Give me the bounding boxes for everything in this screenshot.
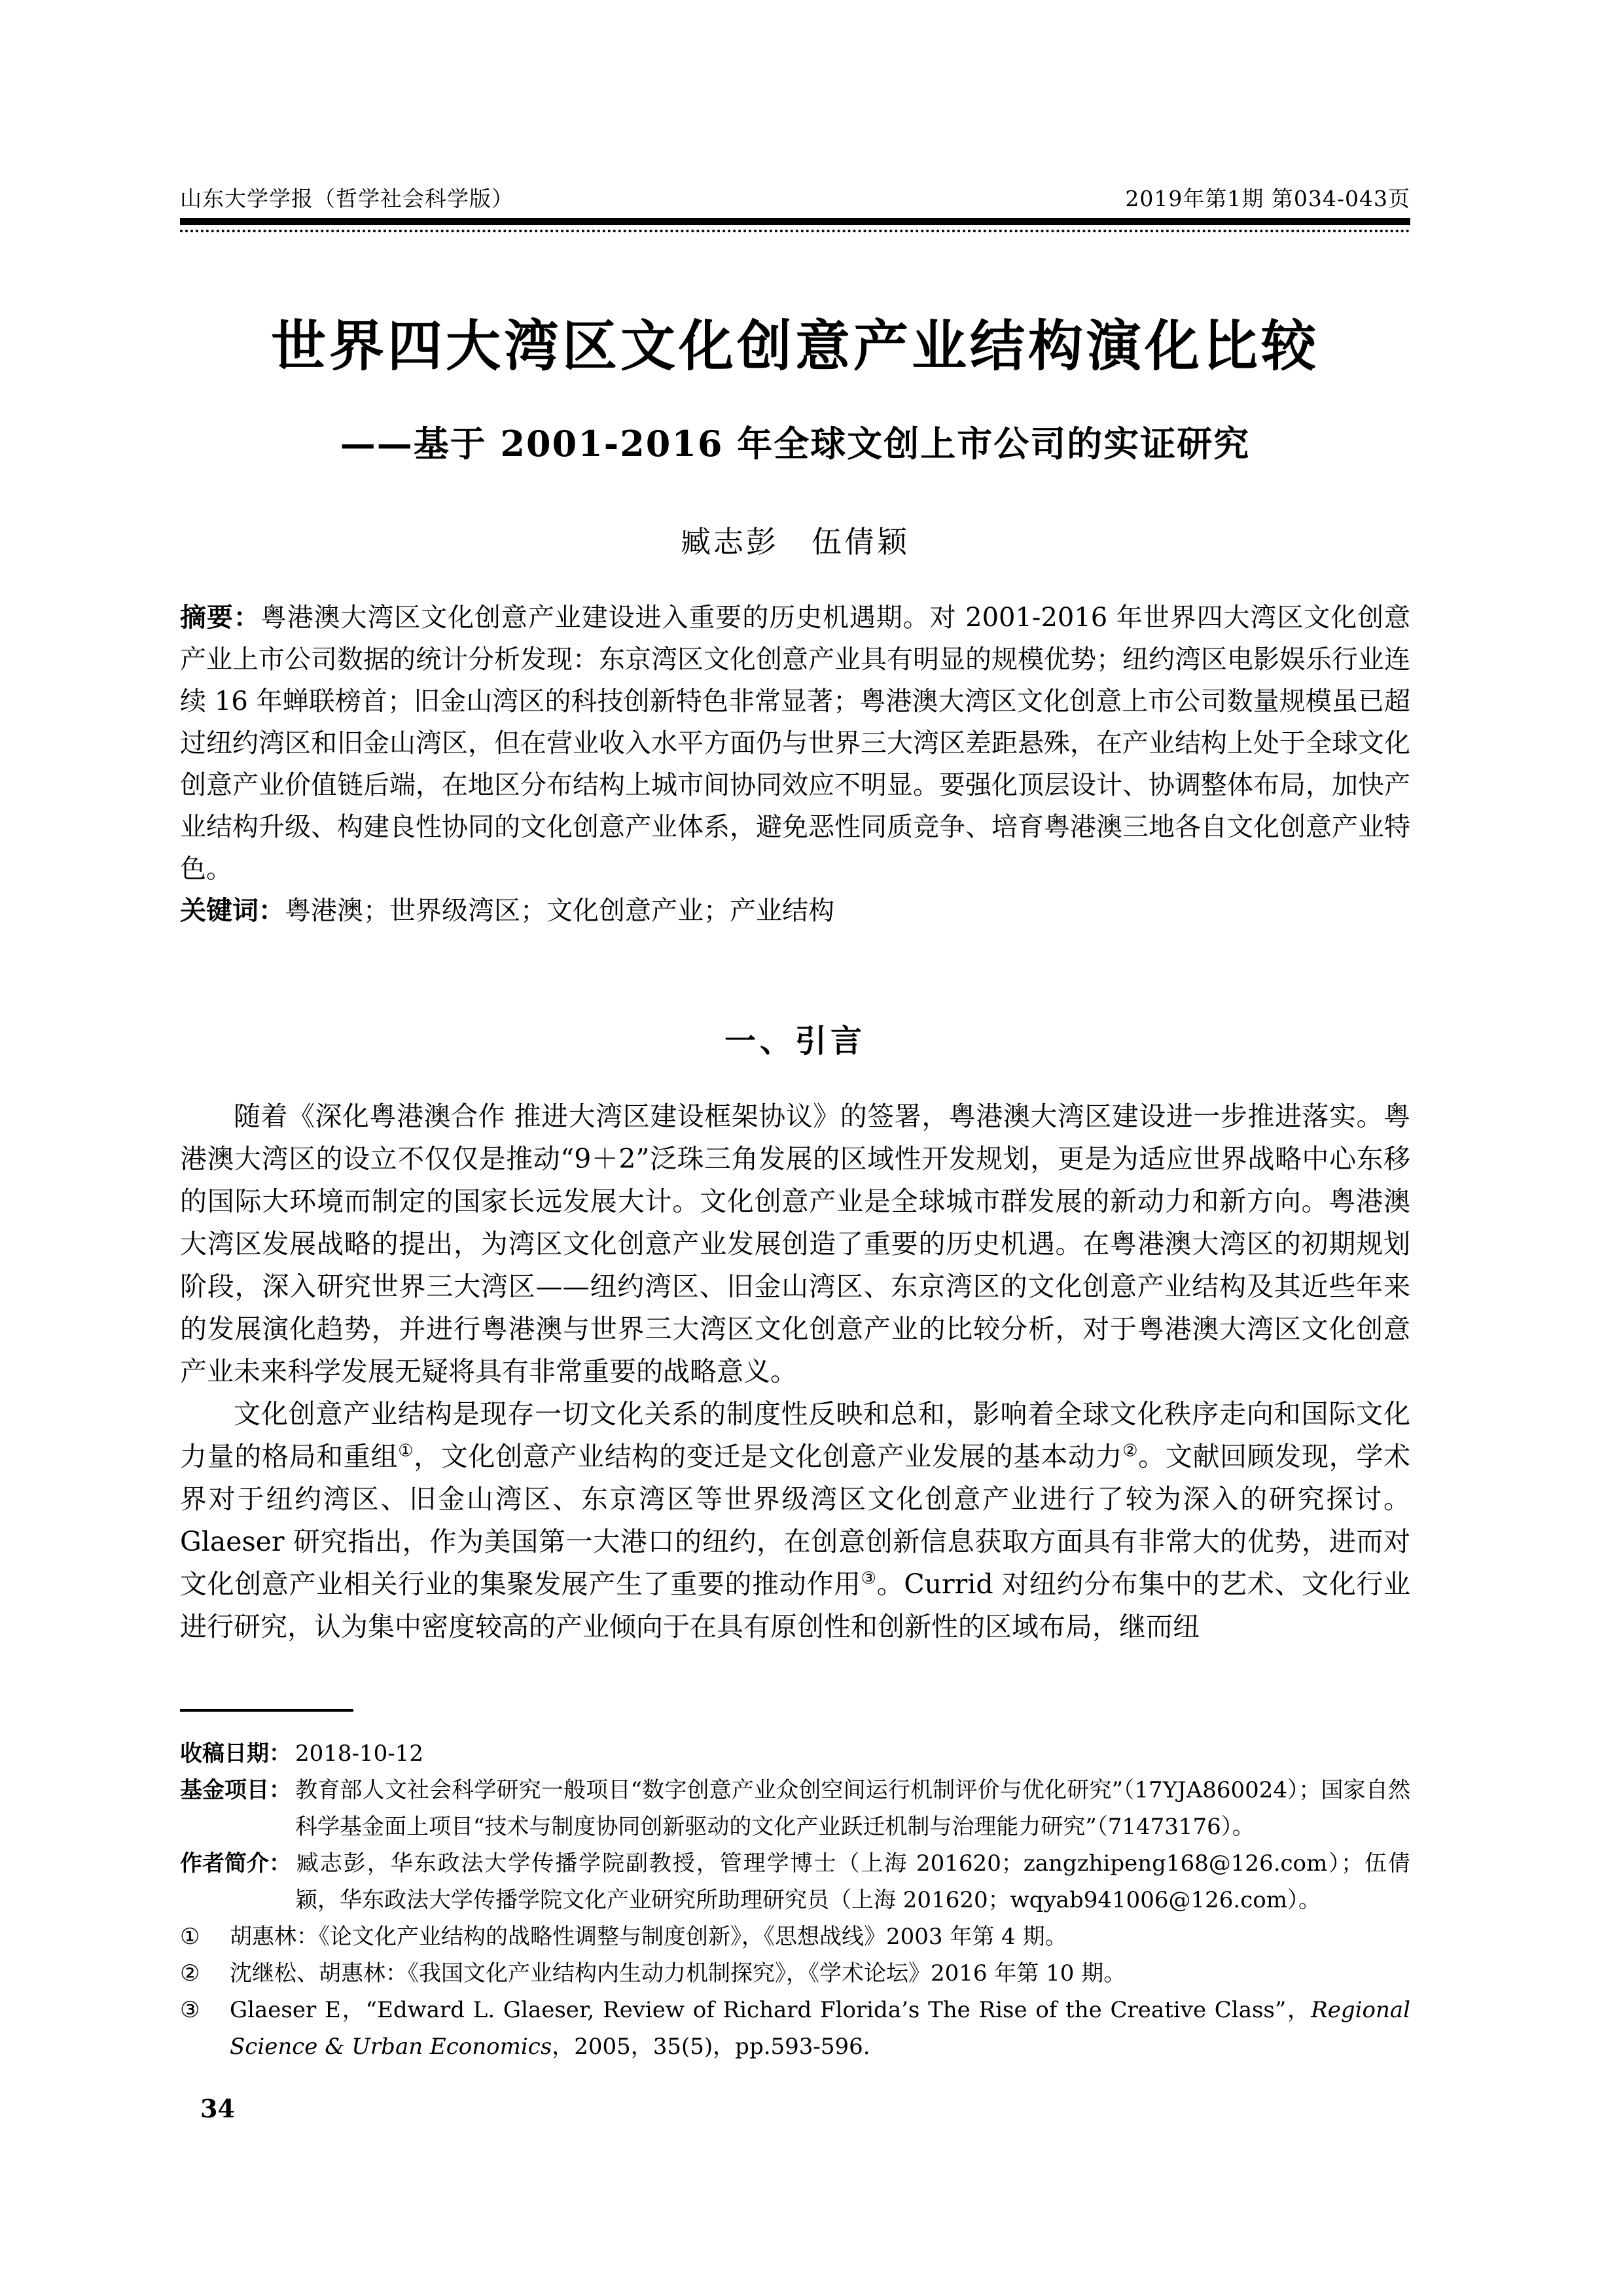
abstract-label: 摘要： <box>180 602 260 633</box>
header-rule-thick <box>180 218 1410 225</box>
section-heading: 一、引言 <box>180 1016 1410 1061</box>
article-authors: 臧志彭 伍倩颖 <box>180 518 1410 561</box>
footnote-3-text-after: ，2005，35(5)，pp.593-596. <box>552 2034 870 2060</box>
author-bio-row: 作者简介：臧志彭，华东政法大学传播学院副教授，管理学博士（上海 201620；z… <box>180 1845 1410 1918</box>
footnote-1-marker: ① <box>180 1918 230 1955</box>
keywords-paragraph: 关键词：粤港澳；世界级湾区；文化创意产业；产业结构 <box>180 890 1410 932</box>
keywords-text: 粤港澳；世界级湾区；文化创意产业；产业结构 <box>285 896 834 926</box>
article-title: 世界四大湾区文化创意产业结构演化比较 <box>180 302 1410 381</box>
body-paragraph-2: 文化创意产业结构是现存一切文化关系的制度性反映和总和，影响着全球文化秩序走向和国… <box>180 1393 1410 1648</box>
body-paragraph-1: 随着《深化粤港澳合作 推进大湾区建设框架协议》的签署，粤港澳大湾区建设进一步推进… <box>180 1095 1410 1393</box>
footnote-3-marker: ③ <box>180 1992 230 2028</box>
fund-project-label: 基金项目： <box>180 1772 295 1809</box>
journal-name: 山东大学学报（哲学社会科学版） <box>180 182 514 213</box>
journal-page: 山东大学学报（哲学社会科学版） 2019年第1期 第034-043页 世界四大湾… <box>0 0 1623 2296</box>
footnote-2-text: 沈继松、胡惠林：《我国文化产业结构内生动力机制探究》，《学术论坛》2016 年第… <box>230 1960 1126 1987</box>
fund-project-text: 教育部人文社会科学研究一般项目“数字创意产业众创空间运行机制评价与优化研究”（1… <box>295 1777 1410 1840</box>
footnote-2-marker: ② <box>180 1955 230 1992</box>
page-header: 山东大学学报（哲学社会科学版） 2019年第1期 第034-043页 <box>180 182 1410 213</box>
received-date-row: 收稿日期：2018-10-12 <box>180 1735 1410 1772</box>
header-rule-dotted <box>180 230 1410 232</box>
abstract-text: 粤港澳大湾区文化创意产业建设进入重要的历史机遇期。对 2001-2016 年世界… <box>180 603 1410 884</box>
footnote-3-text-before: Glaeser E，“Edward L. Glaeser, Review of … <box>230 1997 1311 2023</box>
received-date-value: 2018-10-12 <box>295 1740 423 1767</box>
keywords-label: 关键词： <box>180 895 285 926</box>
body-text: 随着《深化粤港澳合作 推进大湾区建设框架协议》的签署，粤港澳大湾区建设进一步推进… <box>180 1095 1410 1648</box>
footnote-2: ②沈继松、胡惠林：《我国文化产业结构内生动力机制探究》，《学术论坛》2016 年… <box>180 1955 1410 1992</box>
footnotes-block: 收稿日期：2018-10-12 基金项目：教育部人文社会科学研究一般项目“数字创… <box>180 1735 1410 2065</box>
abstract-paragraph: 摘要：粤港澳大湾区文化创意产业建设进入重要的历史机遇期。对 2001-2016 … <box>180 597 1410 890</box>
author-bio-text: 臧志彭，华东政法大学传播学院副教授，管理学博士（上海 201620；zangzh… <box>295 1850 1410 1913</box>
footnote-1: ①胡惠林：《论文化产业结构的战略性调整与制度创新》，《思想战线》2003 年第 … <box>180 1918 1410 1955</box>
page-number: 34 <box>200 2094 235 2123</box>
received-date-label: 收稿日期： <box>180 1735 295 1772</box>
fund-project-row: 基金项目：教育部人文社会科学研究一般项目“数字创意产业众创空间运行机制评价与优化… <box>180 1772 1410 1845</box>
issue-info: 2019年第1期 第034-043页 <box>1125 182 1410 213</box>
footnote-separator <box>180 1709 353 1712</box>
author-bio-label: 作者简介： <box>180 1845 295 1882</box>
article-subtitle: ——基于 2001-2016 年全球文创上市公司的实证研究 <box>180 416 1410 467</box>
footnote-1-text: 胡惠林：《论文化产业结构的战略性调整与制度创新》，《思想战线》2003 年第 4… <box>230 1924 1067 1950</box>
abstract-block: 摘要：粤港澳大湾区文化创意产业建设进入重要的历史机遇期。对 2001-2016 … <box>180 597 1410 932</box>
footnote-3: ③Glaeser E，“Edward L. Glaeser, Review of… <box>180 1992 1410 2065</box>
